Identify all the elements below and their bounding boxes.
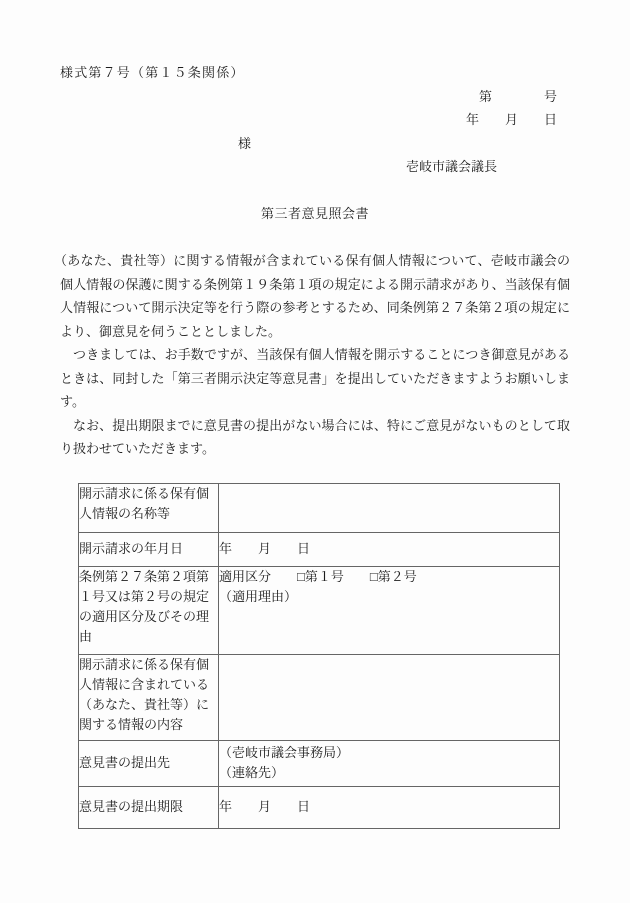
- label-submission-deadline: 意見書の提出期限: [79, 786, 219, 828]
- checkbox-clause-1-icon[interactable]: □: [297, 569, 305, 584]
- addressee-suffix: 様: [238, 136, 251, 151]
- document-page: 様式第７号（第１５条関係） 第 号 年 月 日 様 壱岐市議会議長 第三者意見照…: [0, 0, 630, 903]
- label-applicability: 条例第２７条第２項第１号又は第２号の規定の適用区分及びその理由: [79, 566, 219, 654]
- field-applicability[interactable]: 適用区分□第１号□第２号 （適用理由）: [219, 566, 560, 654]
- field-information-content[interactable]: [219, 654, 560, 740]
- body-paragraph-3: なお、提出期限までに意見書の提出がない場合には、特にご意見がないものとして取り扱…: [60, 414, 570, 461]
- table-row: 条例第２７条第２項第１号又は第２号の規定の適用区分及びその理由 適用区分□第１号…: [79, 566, 560, 654]
- label-submission-destination: 意見書の提出先: [79, 740, 219, 786]
- option-clause-1[interactable]: □第１号: [297, 569, 344, 584]
- table-row: 意見書の提出先 （壱岐市議会事務局） （連絡先）: [79, 740, 560, 786]
- field-submission-destination[interactable]: （壱岐市議会事務局） （連絡先）: [219, 740, 560, 786]
- applicability-line: 適用区分□第１号□第２号: [219, 567, 559, 587]
- field-information-name[interactable]: [219, 483, 560, 532]
- body-paragraph-1: （あなた、貴社等）に関する情報が含まれている保有個人情報について、壱岐市議会の個…: [60, 249, 570, 343]
- option-clause-2-label: 第２号: [378, 569, 417, 584]
- table-row: 開示請求に係る保有個人情報に含まれている（あなた、貴社等）に関する情報の内容: [79, 654, 560, 740]
- doc-number-line: 第 号: [60, 85, 570, 109]
- document-title: 第三者意見照会書: [60, 202, 570, 226]
- field-request-date[interactable]: 年 月 日: [219, 532, 560, 566]
- reason-label: （適用理由）: [219, 587, 559, 607]
- field-submission-deadline[interactable]: 年 月 日: [219, 786, 560, 828]
- blank-line: [60, 226, 570, 250]
- label-information-name: 開示請求に係る保有個人情報の名称等: [79, 483, 219, 532]
- option-clause-1-label: 第１号: [305, 569, 344, 584]
- label-request-date: 開示請求の年月日: [79, 532, 219, 566]
- label-information-content: 開示請求に係る保有個人情報に含まれている（あなた、貴社等）に関する情報の内容: [79, 654, 219, 740]
- table-row: 意見書の提出期限 年 月 日: [79, 786, 560, 828]
- sender-name: 壱岐市議会議長: [60, 155, 570, 179]
- inquiry-table: 開示請求に係る保有個人情報の名称等 開示請求の年月日 年 月 日 条例第２７条第…: [78, 483, 560, 829]
- table-row: 開示請求の年月日 年 月 日: [79, 532, 560, 566]
- blank-line: [60, 179, 570, 203]
- body-paragraph-2: つきましては、お手数ですが、当該保有個人情報を開示することにつき御意見があるとき…: [60, 343, 570, 414]
- date-line: 年 月 日: [60, 108, 570, 132]
- table-row: 開示請求に係る保有個人情報の名称等: [79, 483, 560, 532]
- submission-destination-line-2: （連絡先）: [219, 763, 559, 783]
- addressee-line: 様: [60, 132, 570, 156]
- body-text: （あなた、貴社等）に関する情報が含まれている保有個人情報について、壱岐市議会の個…: [60, 249, 570, 461]
- applicability-label: 適用区分: [219, 569, 271, 584]
- option-clause-2[interactable]: □第２号: [370, 569, 417, 584]
- checkbox-clause-2-icon[interactable]: □: [370, 569, 378, 584]
- form-number: 様式第７号（第１５条関係）: [60, 61, 570, 85]
- submission-destination-line-1: （壱岐市議会事務局）: [219, 743, 559, 763]
